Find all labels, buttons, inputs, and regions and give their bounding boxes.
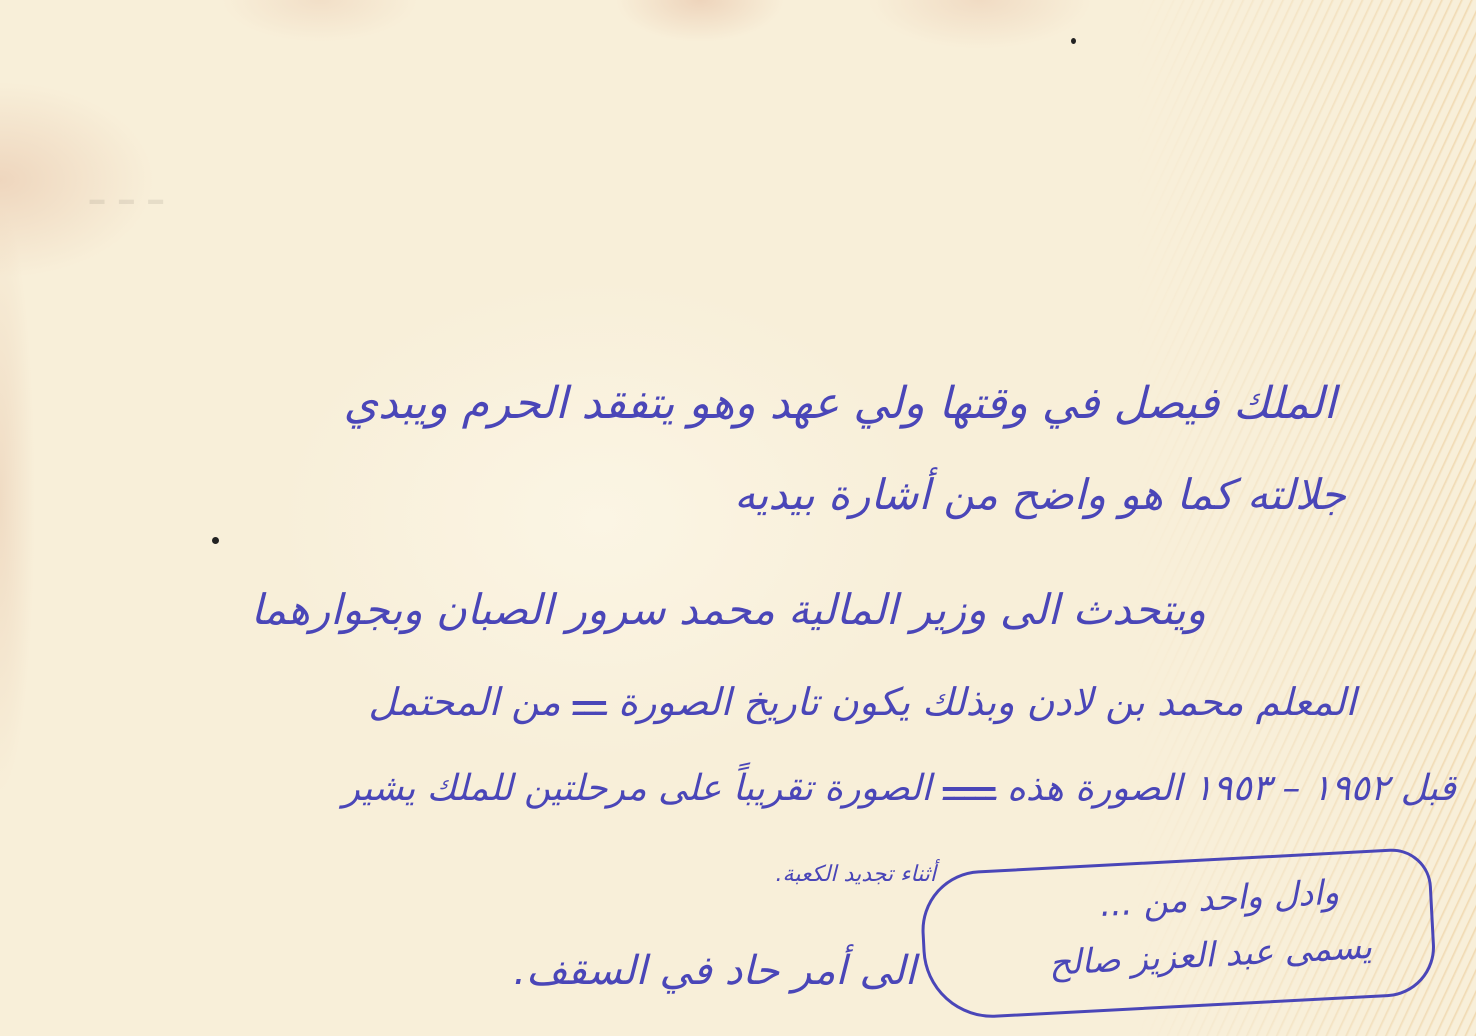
boxed-note: وادل واحد من ... يسمى عبد العزيز صالح [918, 847, 1437, 1022]
note-line-5-end: الصورة تقريباً على مرحلتين للملك يشير [342, 768, 931, 809]
boxed-note-line-2: يسمى عبد العزيز صالح [1048, 927, 1373, 984]
crossed-out-word: ـــــ [943, 768, 996, 809]
note-line-1: الملك فيصل في وقتها ولي عهد وهو يتفقد ال… [344, 378, 1336, 429]
note-line-6-small: أثناء تجديد الكعبة. [776, 862, 936, 887]
ink-speck [212, 537, 219, 544]
note-line-5: قبل ١٩٥٢ – ١٩٥٣ الصورة هذه ـــــ الصورة … [342, 768, 1456, 809]
faint-pencil-marks: ـ ـ ـ [90, 160, 163, 216]
note-line-4-end: من المحتمل [368, 680, 560, 724]
note-line-4-start: المعلم محمد بن لادن وبذلك يكون تاريخ الص… [618, 680, 1356, 724]
photo-back-card: ـ ـ ـ الملك فيصل في وقتها ولي عهد وهو يت… [0, 0, 1476, 1036]
note-line-3: ويتحدث الى وزير المالية محمد سرور الصبان… [251, 585, 1206, 634]
note-line-5-start: قبل ١٩٥٢ – ١٩٥٣ الصورة هذه [1007, 768, 1456, 809]
crossed-out-word: ـــ [573, 680, 606, 724]
note-line-4: المعلم محمد بن لادن وبذلك يكون تاريخ الص… [368, 680, 1356, 724]
note-line-2: جلالته كما هو واضح من أشارة بيديه [734, 470, 1346, 519]
note-line-7: الى أمر حاد في السقف. [513, 948, 916, 994]
ink-speck [1071, 38, 1076, 44]
boxed-note-line-1: وادل واحد من ... [1099, 873, 1340, 925]
